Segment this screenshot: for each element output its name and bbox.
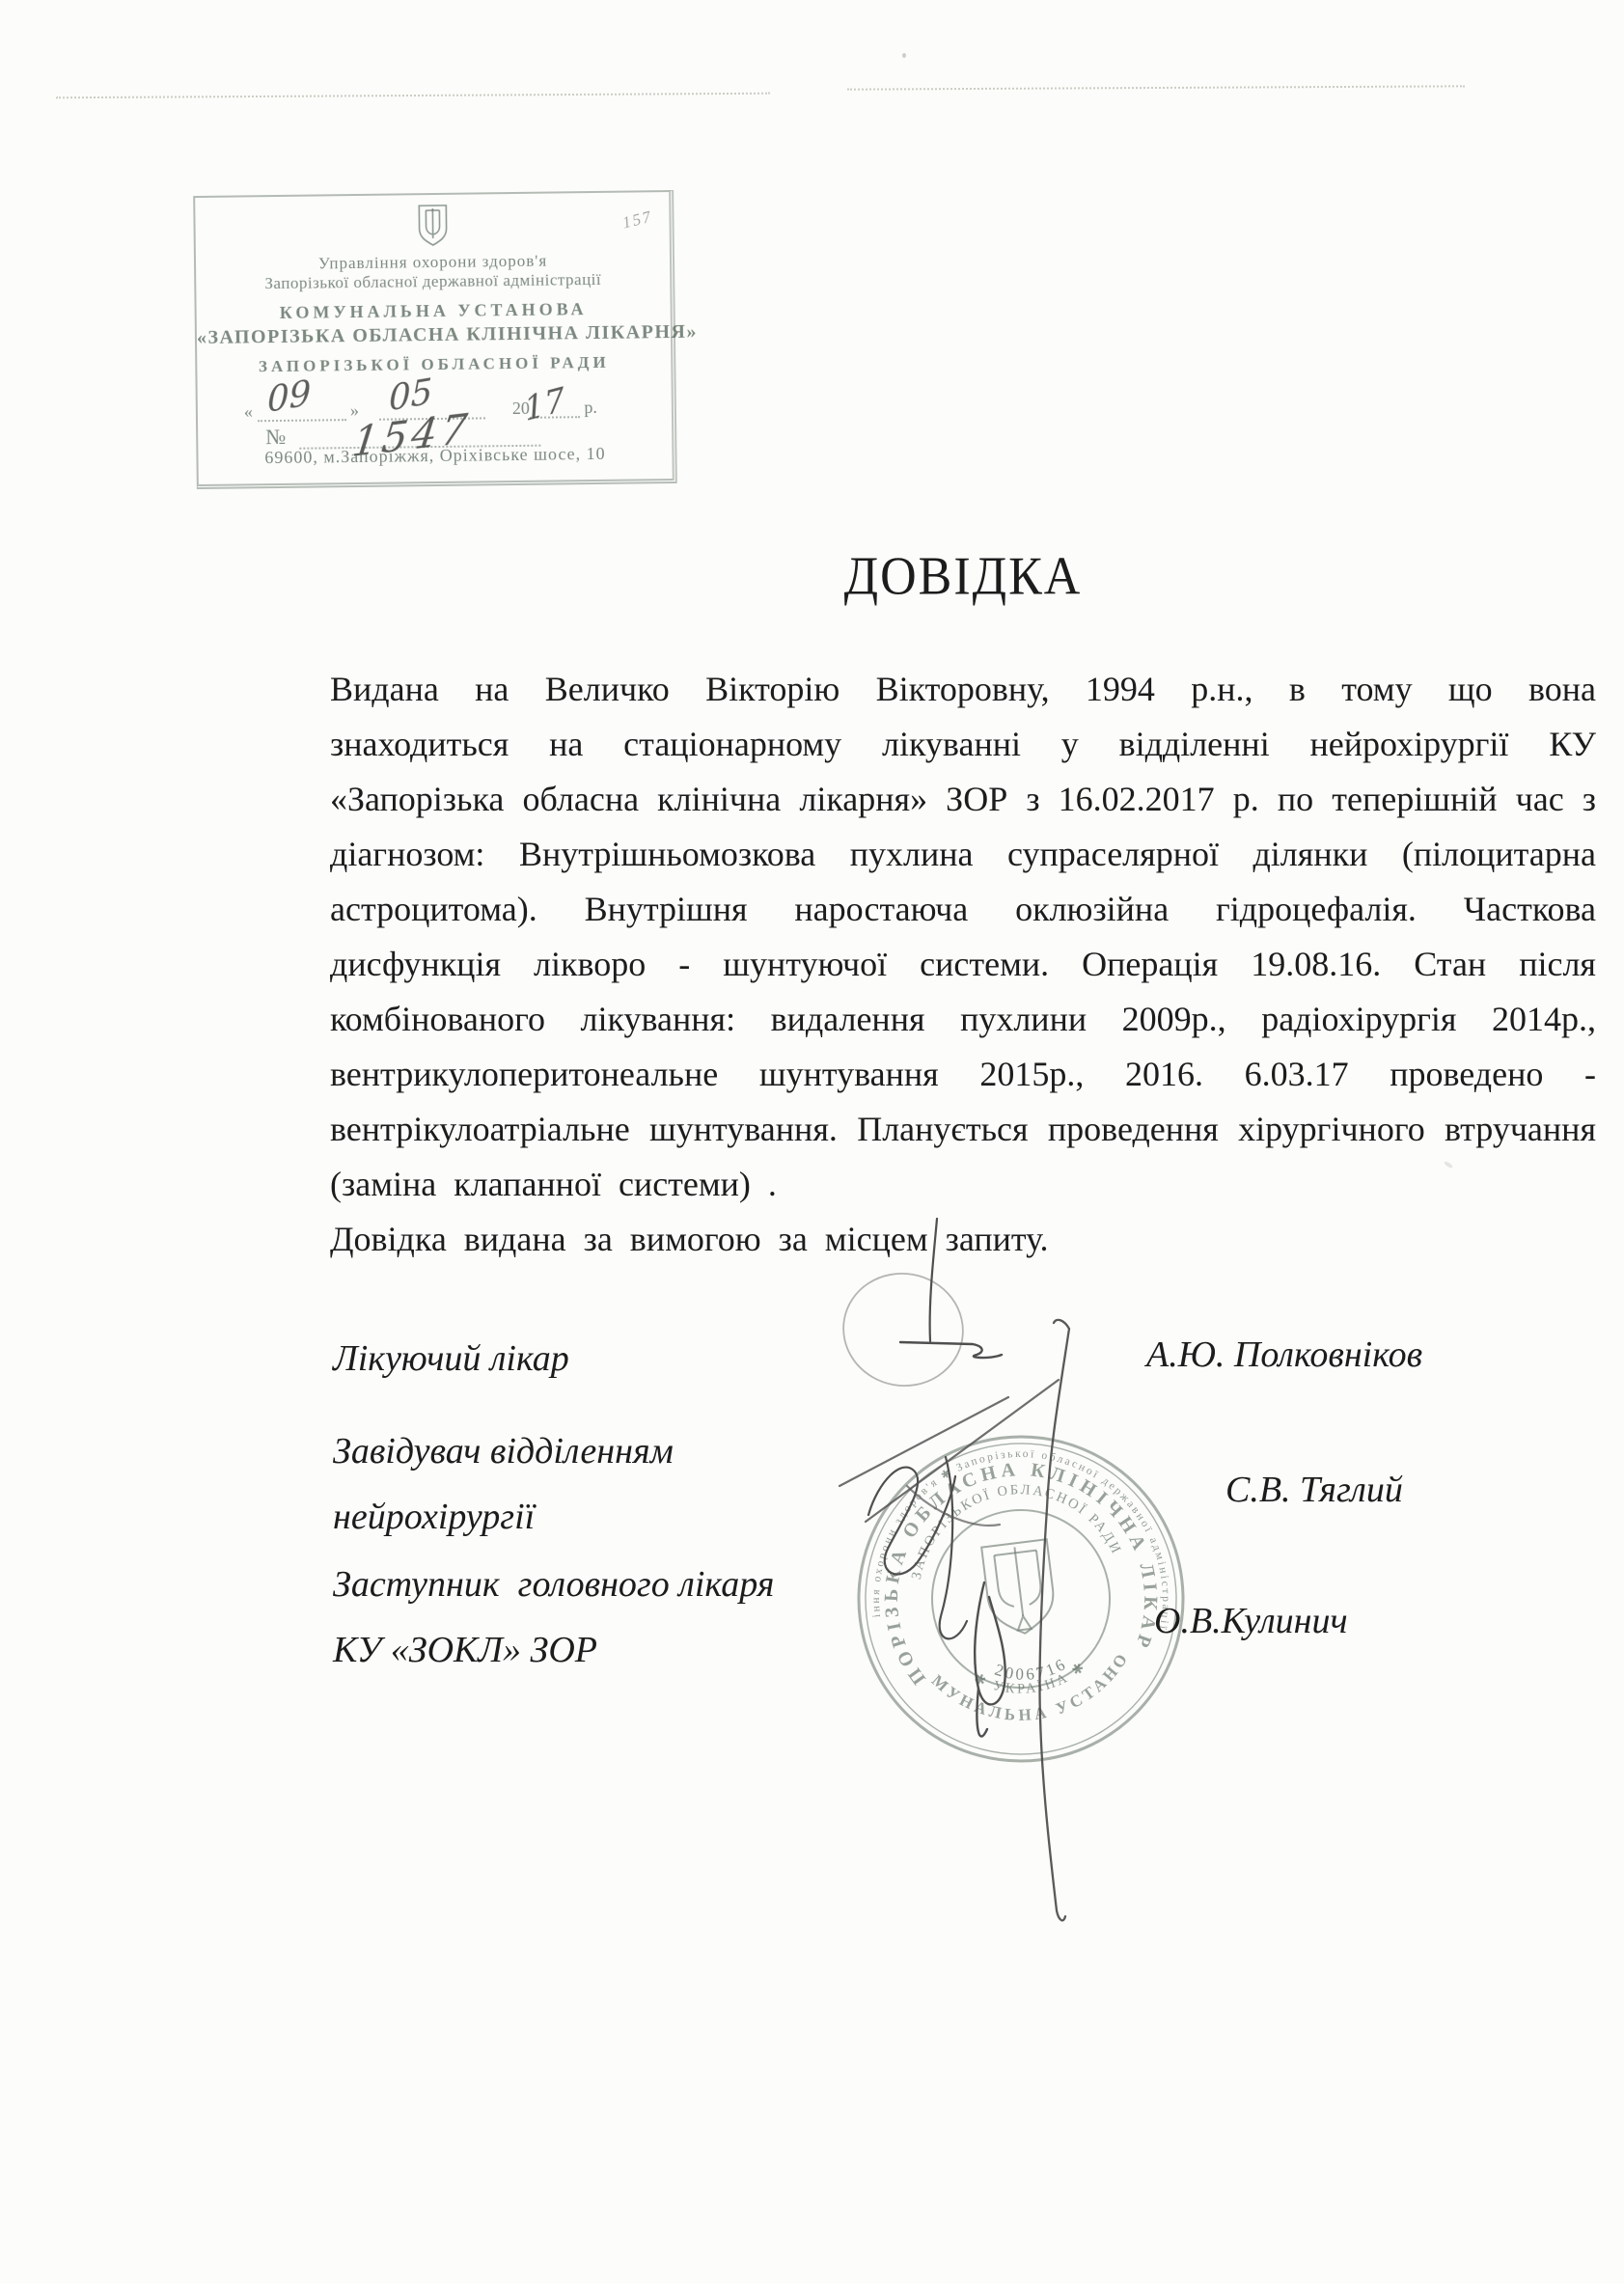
scan-speck [902, 53, 906, 58]
signer-role-institution: КУ «ЗОКЛ» ЗОР [333, 1629, 597, 1671]
date-open-quote: « [244, 401, 253, 421]
tiahlyi-signature [840, 1380, 1059, 1638]
signer-role-deputy-chief: Заступник головного лікаря [333, 1563, 774, 1606]
stamp-trident-icon [414, 203, 452, 249]
document-body: Видана на Величко Вікторію Вікторовну, 1… [330, 662, 1596, 1267]
scan-artifact-line-right [847, 85, 1465, 90]
number-sign: № [265, 425, 286, 449]
body-paragraph-main: Видана на Величко Вікторію Вікторовну, 1… [330, 662, 1596, 1212]
stamp-line-hospital-name: «ЗАПОРІЗЬКА ОБЛАСНА КЛІНІЧНА ЛІКАРНЯ» [197, 321, 671, 349]
date-day-handwritten: 09 [266, 373, 310, 421]
scan-artifact-line-left [56, 93, 770, 99]
header-institution-stamp: Управління охорони здоров'я Запорізької … [193, 190, 677, 489]
signer-name-kulynych: О.В.Кулинич [1154, 1600, 1348, 1642]
signer-role-head-of-department: Завідувач відділенням [333, 1430, 674, 1472]
signer-role-attending-doctor: Лікуючий лікар [333, 1337, 569, 1380]
polkovnikov-signature [835, 1219, 1002, 1395]
stamp-line-council: ЗАПОРІЗЬКОЇ ОБЛАСНОЇ РАДИ [197, 352, 671, 377]
document-title: ДОВІДКА [330, 546, 1596, 608]
date-day-blank: 09 [257, 401, 345, 422]
signer-role-neurosurgery: нейрохірургії [333, 1496, 535, 1538]
kulynych-signature [975, 1582, 1005, 1737]
signer-name-polkovnikov: А.Ю. Полковніков [1146, 1334, 1422, 1376]
date-year-suffix: р. [584, 398, 597, 417]
signer-name-tiahlyi: С.В. Тяглий [1225, 1469, 1403, 1511]
stamp-line-institution-type: КОМУНАЛЬНА УСТАНОВА [197, 298, 671, 324]
date-year-blank: 17 [530, 399, 580, 419]
signatures-ink [811, 1195, 1264, 1947]
pen-stroke-long [1039, 1320, 1069, 1920]
scanned-certificate-page: Управління охорони здоров'я Запорізької … [0, 0, 1624, 2283]
